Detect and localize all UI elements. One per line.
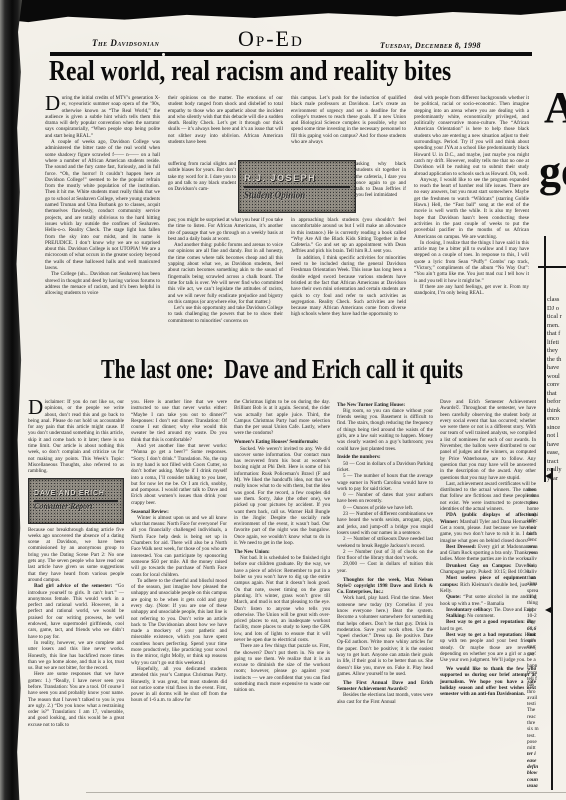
top-article-column-1: During the initial credits of MTV’s gene… xyxy=(45,95,160,353)
column-paragraphs: Because our breakthrough dating article … xyxy=(28,527,124,729)
masthead-section-title: Op-Ed xyxy=(238,26,304,52)
paragraph: Because our breakthrough dating article … xyxy=(28,527,124,584)
sidebar-text-lower: dronimmuspreahome-tamiinfectheirbirthden… xyxy=(527,487,551,790)
cutoff-text-line: men. xyxy=(547,322,566,331)
paragraph: Big room, so you can dance without your … xyxy=(337,408,433,452)
cutoff-text-line: the th xyxy=(547,356,566,365)
paragraph: Besides the elections last month, votes … xyxy=(337,692,433,705)
byline-divider xyxy=(244,186,350,188)
paragraph: Not bad. It is scheduled to be finished … xyxy=(234,555,330,643)
paragraph: There are a few things that puzzle us. F… xyxy=(234,643,330,693)
paragraph: 2 — Number (out of 3) of clocks on the f… xyxy=(337,549,433,562)
paragraph: the Christmas lights to be on during the… xyxy=(234,399,330,437)
paragraph: 29,000 — Cost in dollars of tuition this… xyxy=(337,561,433,574)
paragraph: In closing, I realize that the things I … xyxy=(414,240,529,284)
column-text: their opinions on the matter. The emotio… xyxy=(168,95,283,161)
top-article-column-4: deal with people from different backgrou… xyxy=(414,95,529,353)
paragraph: Anyway, I would like to see the program … xyxy=(414,177,529,240)
column-text: in approaching black students (you shoul… xyxy=(291,217,406,255)
paragraph: Best way to get a good reputation: Play … xyxy=(440,619,536,632)
paragraph: Here are some responses that we have got… xyxy=(28,671,124,728)
column-rule-lower xyxy=(551,468,553,790)
paragraph: 50 — Cost in dollars of a Davidson Parki… xyxy=(337,461,433,474)
paragraph: The First Annual Dave and Erich Semester… xyxy=(337,680,433,693)
paragraph: And yet another line that never works: “… xyxy=(131,443,227,506)
paragraph: you. Here is another line that we were i… xyxy=(131,399,227,443)
paragraph: Quote: “Put some alcohol in me and I’d h… xyxy=(440,594,536,607)
paragraph: 2 — Number of strikeouts Dave needed las… xyxy=(337,536,433,549)
cutoff-text-line: enco xyxy=(547,415,566,424)
cutoff-text-line: think xyxy=(547,407,566,416)
paragraph: Drunkest Guy on Campus: Dave/Kai, Champa… xyxy=(440,563,536,576)
scan-left-edge xyxy=(0,0,22,800)
paragraph: PDA (public displays of affection) Winne… xyxy=(440,512,536,543)
cutoff-text-line: ease, xyxy=(547,449,566,458)
top-article-column-2: their opinions on the matter. The emotio… xyxy=(168,95,283,353)
scan-top-edge xyxy=(0,0,566,24)
paragraph: Thoughts for the week, Max Nelson Style©… xyxy=(337,577,433,596)
drop-cap: D xyxy=(45,95,62,112)
sidebar-text-upper: classDJ otical rmen.that flifetitheythe … xyxy=(547,296,566,482)
byline-author-name: R.J. Joseph xyxy=(244,173,350,183)
column-text: suffering from racial slights and subtle… xyxy=(168,161,236,192)
cutoff-text-line: have xyxy=(547,364,566,373)
cutoff-text-line: class xyxy=(547,296,566,305)
paragraph: Winter is almost upon us and we all know… xyxy=(131,515,227,578)
rule-tick-mark xyxy=(545,473,551,479)
cutoff-text-line: not l xyxy=(547,432,566,441)
paragraph: Dave and Erich Semester Achievement Awar… xyxy=(440,399,536,481)
paragraph: Disclaimer: If you do not like us, our o… xyxy=(28,399,124,475)
page-bottom-edge xyxy=(86,792,566,793)
column-rule-upper xyxy=(544,236,546,482)
paragraph: To adhere to the cheerful and blissful m… xyxy=(131,578,227,666)
paragraph: 23 — Number of different combinations we… xyxy=(337,511,433,536)
cutoff-text-line: tical r xyxy=(547,313,566,322)
paragraph: Most useless piece of equipment on campu… xyxy=(440,575,536,594)
paragraph: Best Dressed: Every girl at Madonnarama … xyxy=(440,544,536,563)
cutoff-text-line: they xyxy=(547,347,566,356)
paragraph: In addition, I think specific activities… xyxy=(291,255,406,318)
paragraph: Hopefully, all you dedicated students at… xyxy=(131,666,227,704)
paragraph: If there are any hard feelings, get over… xyxy=(414,284,529,297)
sidebar-rule xyxy=(538,266,566,268)
cutoff-text-line: tract xyxy=(547,458,566,467)
cutoff-text-line: usua xyxy=(527,783,551,789)
column-paragraphs: Disclaimer: If you do not like us, our o… xyxy=(28,399,124,475)
cutoff-text-line: that f xyxy=(547,330,566,339)
paragraph: The College (uh... Davidson not Seahaven… xyxy=(45,271,160,296)
paragraph: Sucked. We weren’t invited to any. We di… xyxy=(234,446,330,547)
top-article-body: During the initial credits of MTV’s gene… xyxy=(45,95,529,353)
paragraph: In reality, however, we are complete and… xyxy=(28,640,124,671)
cutoff-text-line: since xyxy=(547,424,566,433)
byline-box-rj-joseph: R.J. Joseph Student Opinion xyxy=(238,160,356,213)
sidebar-headline-letter-2: ge xyxy=(539,150,566,194)
bottom-article-column-2: you. Here is another line that we were i… xyxy=(131,399,227,789)
byline-role: Consumer Report xyxy=(34,504,118,510)
paragraph: Last, achievement award certificates wil… xyxy=(440,481,536,512)
rule-tick-mark xyxy=(545,607,551,613)
cutoff-text-line: lifeti xyxy=(547,339,566,348)
paragraph: 5 — The number of hours that the average… xyxy=(337,473,433,492)
cutoff-text-line: woul xyxy=(547,373,566,382)
masthead-date: Tuesday, December 8, 1998 xyxy=(380,41,481,50)
cutoff-text-line: conv xyxy=(547,381,566,390)
paragraph: Bad girl advice of the semester: “Go int… xyxy=(28,583,124,640)
top-article-column-3: this campus. Let’s push for the inductio… xyxy=(291,95,406,353)
masthead-paper-name: The Davidsonian xyxy=(92,38,159,48)
paragraph: 0 — Number of dates that your authors ha… xyxy=(337,492,433,505)
column-paragraphs: And another thing: public forums and are… xyxy=(168,242,283,324)
paragraph: We would like to thank the few who suppo… xyxy=(440,666,536,697)
column-text: this campus. Let’s push for the inductio… xyxy=(291,95,406,161)
bottom-article-headline: The last one: Dave and Erich call it qui… xyxy=(101,354,463,384)
newspaper-page: The Davidsonian Op-Ed Tuesday, December … xyxy=(0,0,566,800)
paragraph: Let’s use this opportunity and take Davi… xyxy=(168,305,283,324)
paragraph: Women’s Eating Houses’ Semiformals: xyxy=(234,439,330,445)
byline-box-dave-and-erich: Dave and Erich Consumer Report xyxy=(28,478,124,524)
drop-cap: D xyxy=(28,399,45,416)
cutoff-text-line: befor xyxy=(547,398,566,407)
bottom-article-column-1: Disclaimer: If you do not like us, our o… xyxy=(28,399,124,789)
top-article-headline: Real world, real racism and reality bite… xyxy=(49,57,451,87)
bottom-article-column-4: The New Turner Eating House:Big room, so… xyxy=(337,399,433,789)
paragraph: deal with people from different backgrou… xyxy=(414,95,529,177)
bottom-article-column-5: Dave and Erich Semester Achievement Awar… xyxy=(440,399,536,789)
bottom-article-column-3: the Christmas lights to be on during the… xyxy=(234,399,330,789)
column-text: asking why black students sit together i… xyxy=(356,161,406,199)
cutoff-text-line: that xyxy=(547,390,566,399)
paragraph: A couple of weeks ago, Davidson College … xyxy=(45,139,160,271)
sidebar-headline-letter-1: A xyxy=(544,86,566,130)
column-paragraphs: In addition, I think specific activities… xyxy=(291,255,406,318)
byline-author-name: Dave and Erich xyxy=(34,491,118,497)
cutoff-text-line: DJ o xyxy=(547,305,566,314)
bottom-article-body: Disclaimer: If you do not like us, our o… xyxy=(28,399,536,789)
column-text: pus; you might be surprised at what you … xyxy=(168,217,283,242)
paragraph: And another thing: public forums and are… xyxy=(168,242,283,305)
paragraph: Work hard, play hard. Find the time. Mee… xyxy=(337,595,433,677)
paragraph: During the initial credits of MTV’s gene… xyxy=(45,95,160,139)
paragraph: Best way to get a bad reputation: Hook u… xyxy=(440,632,536,663)
cutoff-text-line: have xyxy=(547,441,566,450)
byline-role: Student Opinion xyxy=(244,190,350,200)
